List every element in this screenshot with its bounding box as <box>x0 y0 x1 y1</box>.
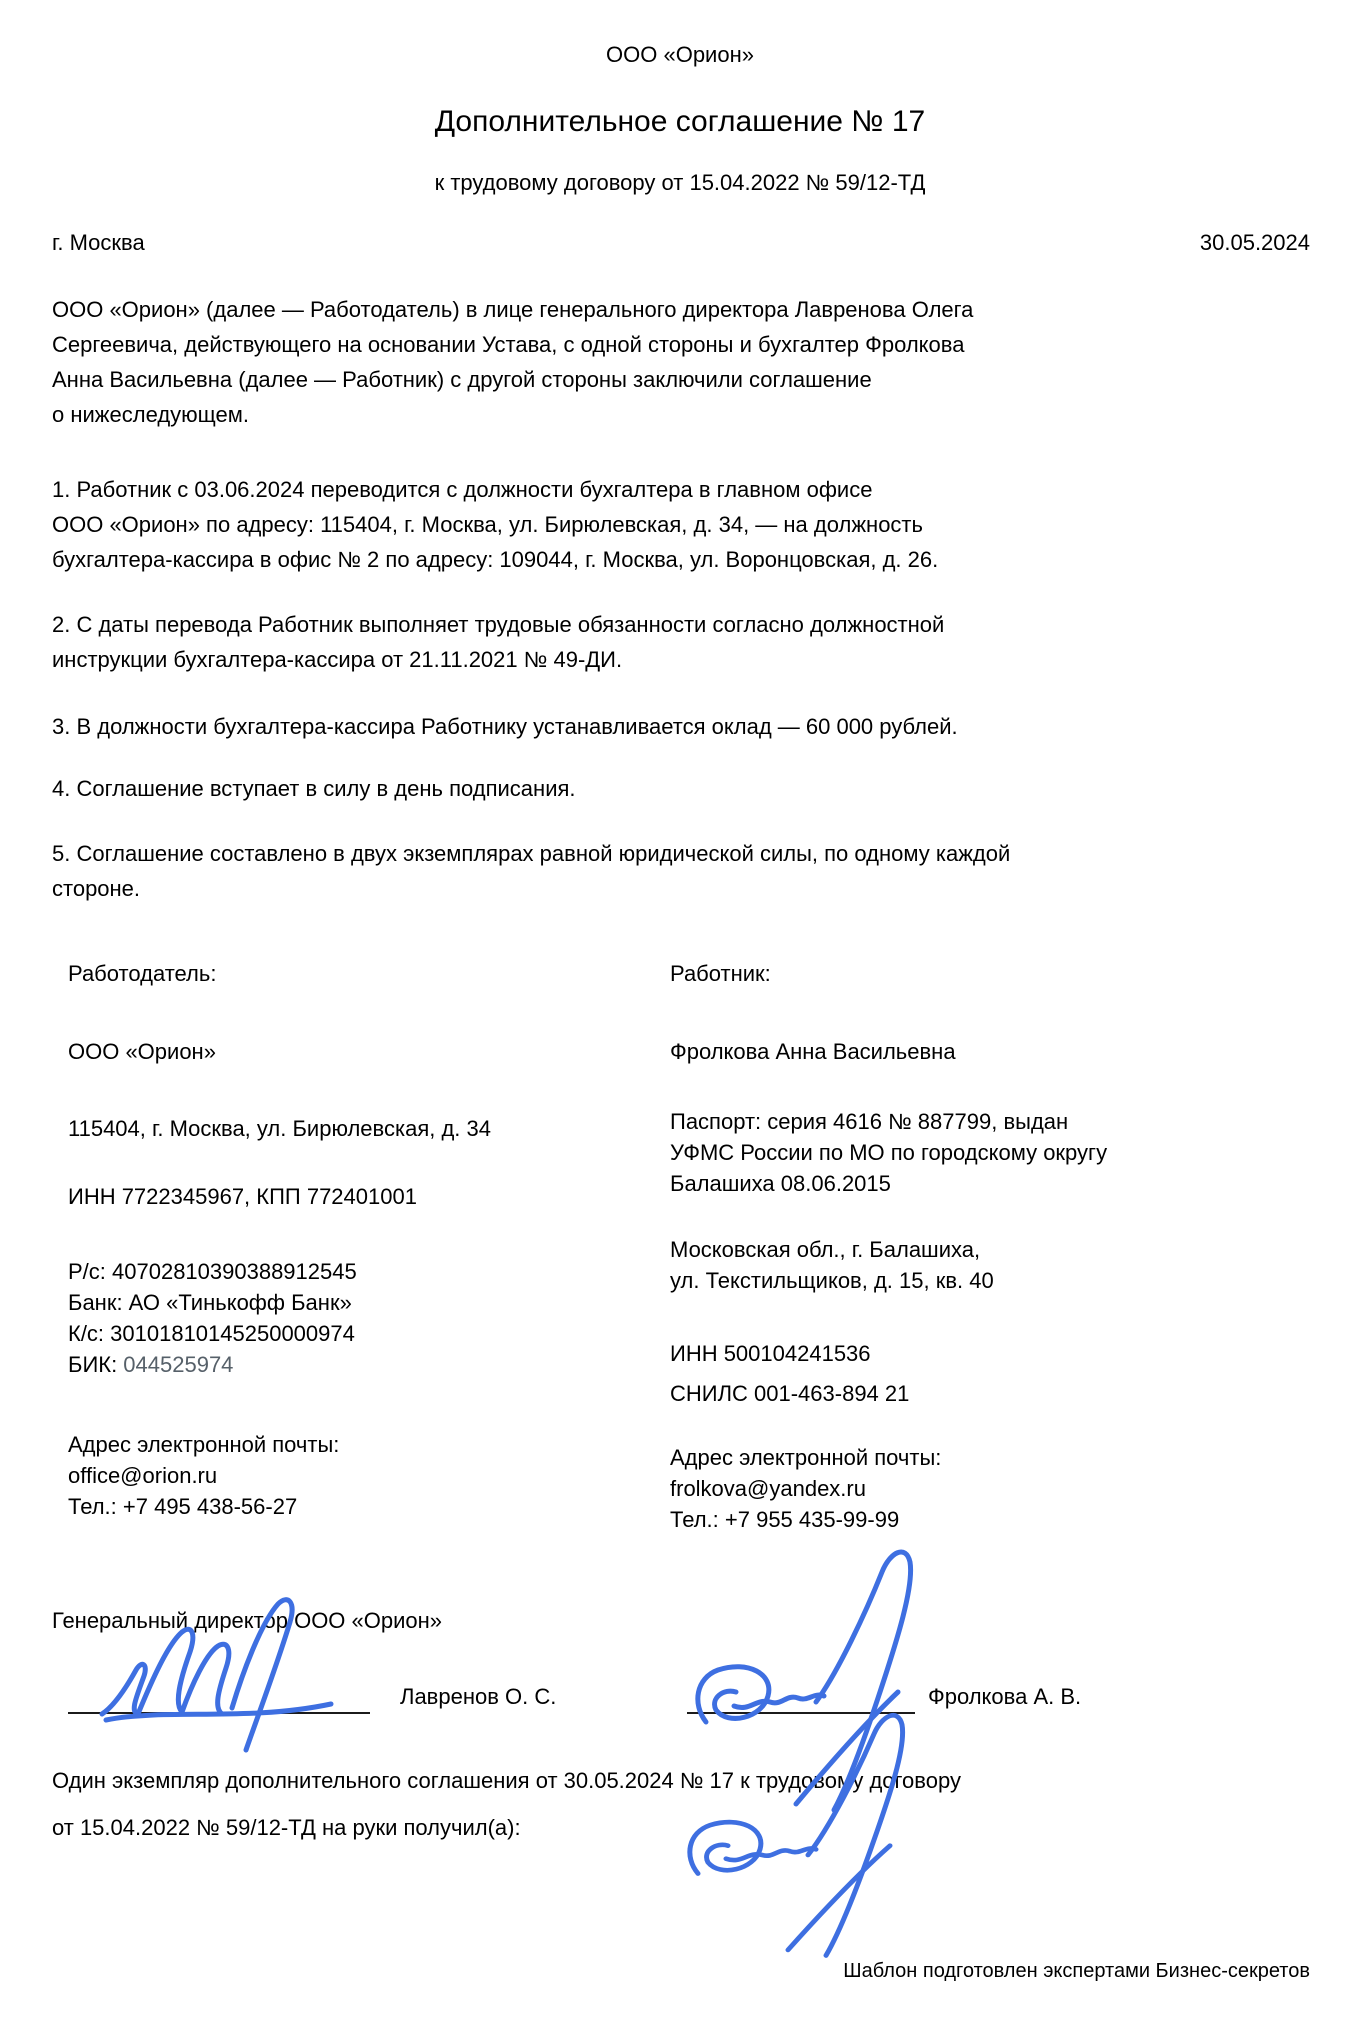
employer-bik-line: БИК: 044525974 <box>68 1349 357 1380</box>
clause-1-paragraph: 1. Работник с 03.06.2024 переводится с д… <box>52 472 938 577</box>
footer-note: Шаблон подготовлен экспертами Бизнес-сек… <box>843 1958 1310 1984</box>
director-sign-name: Лавренов О. С. <box>400 1682 556 1712</box>
employee-email: frolkova@yandex.ru <box>670 1473 941 1504</box>
employee-phone: Тел.: +7 955 435-99-99 <box>670 1504 941 1535</box>
place-city: г. Москва <box>52 228 145 258</box>
employee-contacts: Адрес электронной почты: frolkova@yandex… <box>670 1442 941 1535</box>
clause-2-paragraph: 2. С даты перевода Работник выполняет тр… <box>52 607 944 677</box>
bik-label: БИК: <box>68 1352 123 1377</box>
document-title: Дополнительное соглашение № 17 <box>0 102 1360 142</box>
employer-email: office@orion.ru <box>68 1460 339 1491</box>
employee-label: Работник: <box>670 958 771 989</box>
org-name: ООО «Орион» <box>0 40 1360 70</box>
employee-address: Московская обл., г. Балашиха, ул. Тексти… <box>670 1234 994 1296</box>
employee-passport: Паспорт: серия 4616 № 887799, выдан УФМС… <box>670 1106 1107 1199</box>
employer-bank-name: Банк: АО «Тинькофф Банк» <box>68 1287 357 1318</box>
document-date: 30.05.2024 <box>1200 228 1310 258</box>
employer-corr-account: К/с: 30101810145250000974 <box>68 1318 357 1349</box>
employer-address: 115404, г. Москва, ул. Бирюлевская, д. 3… <box>68 1113 491 1144</box>
employee-sign-name: Фролкова А. В. <box>928 1682 1081 1712</box>
employer-inn-kpp: ИНН 7722345967, КПП 772401001 <box>68 1181 417 1212</box>
employee-email-label: Адрес электронной почты: <box>670 1442 941 1473</box>
employer-name: ООО «Орион» <box>68 1036 216 1067</box>
document-subtitle: к трудовому договору от 15.04.2022 № 59/… <box>0 168 1360 198</box>
employee-signature-line <box>687 1712 915 1714</box>
bik-value: 044525974 <box>123 1352 233 1377</box>
clause-4-paragraph: 4. Соглашение вступает в силу в день под… <box>52 771 576 806</box>
place-date-row: г. Москва 30.05.2024 <box>52 228 1310 258</box>
clause-3-paragraph: 3. В должности бухгалтера-кассира Работн… <box>52 709 958 744</box>
employer-bank-account: Р/с: 40702810390388912545 <box>68 1256 357 1287</box>
employer-phone: Тел.: +7 495 438-56-27 <box>68 1491 339 1522</box>
employer-label: Работодатель: <box>68 958 216 989</box>
employee-snils: СНИЛС 001-463-894 21 <box>670 1378 909 1409</box>
employer-email-label: Адрес электронной почты: <box>68 1429 339 1460</box>
intro-paragraph: ООО «Орион» (далее — Работодатель) в лиц… <box>52 292 973 432</box>
receipt-paragraph: Один экземпляр дополнительного соглашени… <box>52 1757 961 1851</box>
clause-5-paragraph: 5. Соглашение составлено в двух экземпля… <box>52 836 1010 906</box>
employee-name: Фролкова Анна Васильевна <box>670 1036 956 1067</box>
employer-bank-details: Р/с: 40702810390388912545 Банк: АО «Тинь… <box>68 1256 357 1380</box>
agreement-document-page: ООО «Орион» Дополнительное соглашение № … <box>0 0 1360 2037</box>
employer-contacts: Адрес электронной почты: office@orion.ru… <box>68 1429 339 1522</box>
director-signature-line <box>68 1712 370 1714</box>
employee-inn: ИНН 500104241536 <box>670 1338 871 1369</box>
director-title: Генеральный директор ООО «Орион» <box>52 1606 442 1636</box>
